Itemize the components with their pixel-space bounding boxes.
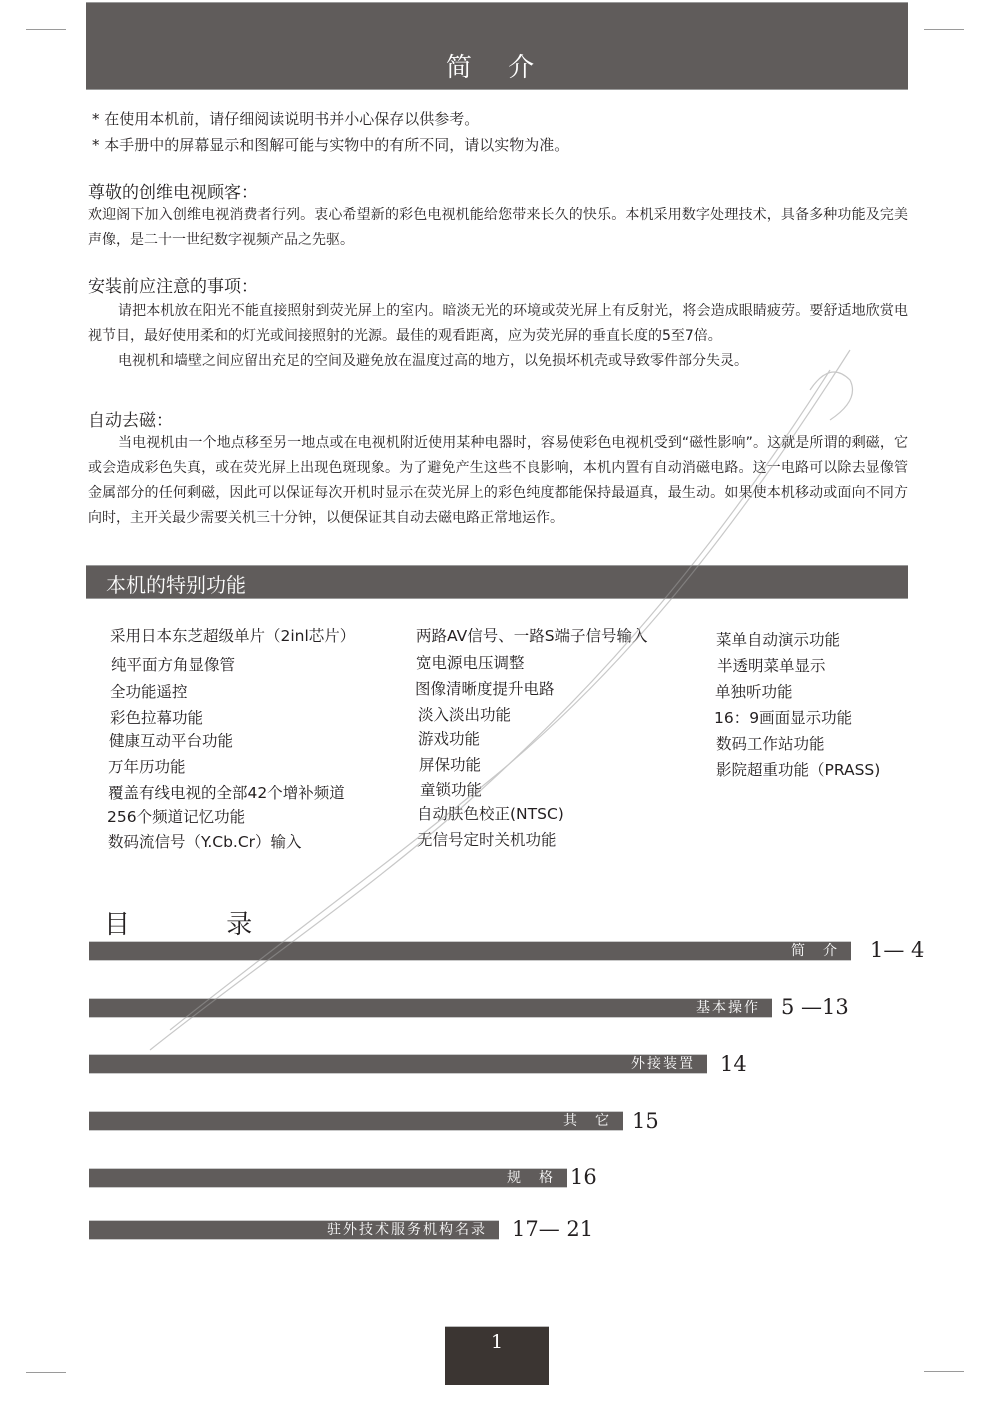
degauss-paragraph: 当电视机由一个地点移至另一地点或在电视机附近使用某种电器时，容易使彩色电视机受到… (88, 431, 908, 531)
feature-item: 无信号定时关机功能 (417, 828, 557, 850)
feature-item: 菜单自动演示功能 (716, 628, 840, 650)
feature-item: 彩色拉幕功能 (110, 706, 203, 728)
feature-item: 数码工作站功能 (716, 732, 825, 754)
feature-item: 自动肤色校正(NTSC) (417, 802, 564, 824)
feature-item: 覆盖有线电视的全部42个增补频道 (108, 781, 345, 803)
page-number-box: 1 (445, 1326, 549, 1385)
feature-item: 单独听功能 (715, 680, 793, 702)
crop-mark-top-right (924, 29, 964, 30)
install-paragraph-2: 电视机和墙壁之间应留出充足的空间及避免放在温度过高的地方，以免损坏机壳或导致零件… (88, 349, 908, 374)
degauss-heading: 自动去磁： (88, 406, 173, 431)
toc-entry-pages: 14 (720, 1052, 747, 1076)
toc-entry-pages: 16 (570, 1165, 597, 1189)
crop-mark-bottom-right (924, 1371, 964, 1372)
features-heading: 本机的特别功能 (106, 569, 246, 598)
install-text: 请把本机放在阳光不能直接照射到荧光屏上的室内。暗淡无光的环境或荧光屏上有反射光，… (88, 299, 908, 374)
feature-item: 16：9画面显示功能 (714, 706, 852, 728)
toc-entry-other[interactable]: 其 它 (89, 1111, 623, 1131)
feature-item: 数码流信号（Y.Cb.Cr）输入 (108, 830, 302, 852)
features-section-bar: 本机的特别功能 (86, 565, 908, 599)
install-heading: 安装前应注意的事项： (88, 272, 258, 297)
feature-item: 屏保功能 (419, 753, 481, 775)
feature-item: 宽电源电压调整 (416, 651, 525, 673)
crop-mark-bottom-left (26, 1372, 66, 1373)
toc-entry-service-centers[interactable]: 驻外技术服务机构名录 (89, 1220, 499, 1240)
toc-entry-pages: 15 (632, 1109, 659, 1133)
page-number: 1 (491, 1331, 503, 1353)
feature-item: 淡入淡出功能 (418, 703, 511, 725)
toc-entry-label: 简 介 (791, 942, 839, 960)
feature-item: 童锁功能 (420, 778, 482, 800)
page-title-bar: 简 介 (86, 2, 908, 90)
install-paragraph-1: 请把本机放在阳光不能直接照射到荧光屏上的室内。暗淡无光的环境或荧光屏上有反射光，… (88, 299, 908, 349)
crop-mark-top-left (26, 29, 66, 30)
feature-item: 纯平面方角显像管 (111, 653, 235, 675)
note-2: * 本手册中的屏幕显示和图解可能与实物中的有所不同，请以实物为准。 (92, 134, 569, 155)
feature-item: 两路AV信号、一路S端子信号输入 (416, 624, 648, 646)
toc-entry-label: 规 格 (507, 1169, 555, 1187)
feature-item: 健康互动平台功能 (109, 729, 233, 751)
feature-item: 图像清晰度提升电路 (415, 677, 555, 699)
greeting-text: 欢迎阁下加入创维电视消费者行列。衷心希望新的彩色电视机能给您带来长久的快乐。本机… (88, 203, 908, 253)
toc-entry-label: 外接装置 (631, 1055, 695, 1073)
feature-item: 半透明菜单显示 (717, 654, 826, 676)
feature-item: 256个频道记忆功能 (107, 805, 245, 827)
feature-item: 影院超重功能（PRASS) (716, 758, 880, 780)
toc-entry-intro[interactable]: 简 介 (89, 941, 851, 961)
feature-item: 万年历功能 (108, 755, 186, 777)
feature-item: 游戏功能 (418, 727, 480, 749)
note-1: * 在使用本机前，请仔细阅读说明书并小心保存以供参考。 (92, 108, 479, 129)
toc-entry-pages: 1— 4 (870, 938, 924, 962)
greeting-heading: 尊敬的创维电视顾客： (88, 178, 258, 203)
toc-entry-specifications[interactable]: 规 格 (89, 1168, 567, 1188)
feature-item: 全功能遥控 (110, 680, 188, 702)
toc-entry-basic-operation[interactable]: 基本操作 (89, 998, 772, 1018)
toc-title: 目 录 (104, 904, 296, 941)
toc-entry-pages: 17— 21 (512, 1217, 593, 1241)
greeting-paragraph: 欢迎阁下加入创维电视消费者行列。衷心希望新的彩色电视机能给您带来长久的快乐。本机… (88, 203, 908, 253)
toc-entry-pages: 5 —13 (781, 995, 849, 1019)
toc-entry-label: 其 它 (563, 1112, 611, 1130)
feature-item: 采用日本东芝超级单片（2inl芯片） (110, 624, 355, 646)
toc-entry-label: 驻外技术服务机构名录 (327, 1221, 487, 1239)
page-title: 简 介 (86, 47, 908, 84)
toc-entry-external-devices[interactable]: 外接装置 (89, 1054, 707, 1074)
toc-entry-label: 基本操作 (696, 999, 760, 1017)
degauss-text: 当电视机由一个地点移至另一地点或在电视机附近使用某种电器时，容易使彩色电视机受到… (88, 431, 908, 531)
